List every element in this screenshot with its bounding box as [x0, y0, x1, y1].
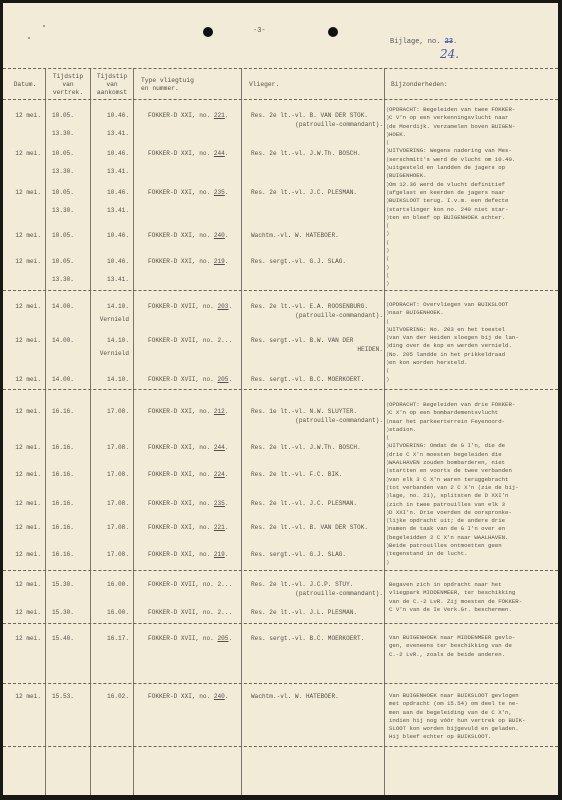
row-datum: 12 mei. [5, 376, 41, 383]
aircraft-number: 240 [214, 693, 225, 700]
row-pilot-name: Res. 2e lt.-vl. J.W.Th. BOSCH. [251, 150, 361, 157]
column-header-datum: Datum. [7, 81, 43, 89]
row-pilot-name: Res. sergt.-vl. B.C. MOERKOERT. [251, 376, 364, 383]
row-datum: 12 mei. [5, 500, 41, 507]
row-divider-line [3, 290, 558, 291]
bijlage-text: Bijlage, no. [390, 38, 440, 46]
row-vertrek-time: 13.30. [52, 207, 74, 214]
row-pilot-name: Res. 2e lt.-vl. E.A. ROOSENBURG. [251, 303, 368, 310]
row-datum: 12 mei. [5, 337, 41, 344]
row-aircraft-type: FOKKER-D XXI, no. 244. [148, 150, 228, 157]
aircraft-number: 219 [214, 551, 225, 558]
row-pilot-name: Wachtm.-vl. W. HATEBOER. [251, 693, 339, 700]
row-datum: 12 mei. [5, 189, 41, 196]
aircraft-type-text: FOKKER-D XXI, no. [148, 551, 214, 558]
page-number: -3- [253, 27, 266, 35]
row-pilot-name: Res. sergt.-vl. G.J. SLAG. [251, 551, 346, 558]
row-aankomst-time: 10.46. [91, 258, 129, 265]
aircraft-type-text: FOKKER-D XVII, no. [148, 376, 217, 383]
row-vertrek-time: 16.16. [52, 408, 74, 415]
bijlage-handwritten-number: 24. [440, 47, 459, 61]
row-aircraft-type: FOKKER-D XXI, no. 212. [148, 408, 228, 415]
row-aircraft-type: FOKKER-D XXI, no. 221. [148, 524, 228, 531]
row-remarks: OPDRACHT: Overvliegen van BUIKSLOOT naar… [389, 301, 557, 367]
aircraft-type-text: FOKKER-D XXI, no. [148, 524, 214, 531]
row-divider-line [3, 68, 558, 69]
column-divider-line [45, 68, 46, 795]
row-aankomst-time: 10.46. [91, 112, 129, 119]
row-datum: 12 mei. [5, 408, 41, 415]
remarks-bracket-margin: ( ) ( ) ( ) ( ) ( ) [386, 301, 389, 384]
row-pilot-name: Res. sergt.-vl. B.C. MOERKOERT. [251, 635, 364, 642]
aircraft-type-text: FOKKER-D XXI, no. [148, 408, 214, 415]
column-header-type: Type vliegtuig en nummer. [141, 77, 241, 93]
row-aircraft-type: FOKKER-D XXI, no. 235. [148, 500, 228, 507]
aircraft-type-text: FOKKER-D XVII, no. [148, 303, 217, 310]
row-datum: 12 mei. [5, 303, 41, 310]
row-pilot-role: (patrouille-commandant). [243, 417, 383, 424]
row-remarks: OPDRACHT: Begeleiden van twee FOKKER- C … [389, 106, 557, 222]
row-aankomst-time: 14.10. [91, 376, 129, 383]
aircraft-number: 221 [214, 112, 225, 119]
row-aircraft-type: FOKKER-D XXI, no. 219. [148, 258, 228, 265]
remarks-bracket-margin: ( ) ( ) ( ) ( ) ( ) ( ) ( ) ( ) ( ) ( ) … [386, 106, 389, 289]
row-vertrek-time: 15.30. [52, 581, 74, 588]
row-aankomst-time: Vernield [91, 316, 129, 323]
row-vertrek-time: 13.30. [52, 276, 74, 283]
punch-hole-right [328, 27, 338, 37]
aircraft-number: 244 [214, 444, 225, 451]
row-divider-line [3, 683, 558, 684]
aircraft-type-text: FOKKER-D XXI, no. [148, 693, 214, 700]
row-aankomst-time: 10.46. [91, 232, 129, 239]
row-aircraft-type: FOKKER-D XXI, no. 219. [148, 551, 228, 558]
aircraft-number: 203 [217, 303, 228, 310]
row-pilot-name: Res. 2e lt.-vl. J.L. PLESMAN. [251, 609, 357, 616]
row-remarks: Van BUIGENHOEK naar MIDDENMEER gevlo- ge… [389, 634, 557, 659]
row-pilot-name: Res. 2e lt.-vl. J.C.P. STUY. [251, 581, 353, 588]
row-aankomst-time: 16.00. [91, 609, 129, 616]
row-aankomst-time: 17.08. [91, 444, 129, 451]
aircraft-number: 221 [214, 524, 225, 531]
aircraft-type-text: FOKKER-D XXI, no. [148, 150, 214, 157]
document-page: -3- Bijlage, no. 23. 24. Datum.Tijdstip … [3, 3, 558, 795]
punch-hole-left [203, 27, 213, 37]
row-aankomst-time: 17.08. [91, 551, 129, 558]
aircraft-number: 235 [214, 189, 225, 196]
row-pilot-name: Wachtm.-vl. W. HATEBOER. [251, 232, 339, 239]
row-aankomst-time: 14.10. [91, 337, 129, 344]
row-aircraft-type: FOKKER-D XVII, no. 2... [148, 337, 232, 344]
row-datum: 12 mei. [5, 693, 41, 700]
row-aircraft-type: FOKKER-D XVII, no. 2... [148, 581, 232, 588]
row-vertrek-time: 15.40. [52, 635, 74, 642]
row-aircraft-type: FOKKER-D XXI, no. 221. [148, 112, 228, 119]
aircraft-number: 205 [217, 376, 228, 383]
row-vertrek-time: 15.53. [52, 693, 74, 700]
row-pilot-name: Res. 2e lt.-vl. J.C. PLESMAN. [251, 189, 357, 196]
row-pilot-name: Res. 2e lt.-vl. J.W.Th. BOSCH. [251, 444, 361, 451]
row-vertrek-time: 16.16. [52, 551, 74, 558]
row-pilot-name: Res. 2e lt.-vl. F.C. BIK. [251, 471, 342, 478]
row-aankomst-time: 16.00. [91, 581, 129, 588]
column-header-bijzonderheden: Bijzonderheden: [391, 81, 491, 89]
row-divider-line [3, 746, 558, 747]
aircraft-number: 205 [217, 635, 228, 642]
row-pilot-name: Res. 2e lt.-vl. B. VAN DER STOK. [251, 524, 368, 531]
row-vertrek-time: 10.05. [52, 258, 74, 265]
row-aircraft-type: FOKKER-D XVII, no. 205. [148, 376, 232, 383]
row-datum: 12 mei. [5, 471, 41, 478]
row-aankomst-time: Vernield [91, 350, 129, 357]
row-vertrek-time: 10.05. [52, 189, 74, 196]
row-aankomst-time: 10.46. [91, 189, 129, 196]
aircraft-type-text: FOKKER-D XXI, no. [148, 112, 214, 119]
row-pilot-role: (patrouille-commandant). [243, 312, 383, 319]
row-pilot-role: (patrouille-commandant). [243, 121, 383, 128]
row-aircraft-type: FOKKER-D XXI, no. 240. [148, 693, 228, 700]
aircraft-number: 244 [214, 150, 225, 157]
row-remarks: Van BUIGENHOEK naar BUIKSLOOT gevlogen m… [389, 692, 557, 742]
row-aankomst-time: 14.10. [91, 303, 129, 310]
paper-speck [43, 25, 45, 27]
row-datum: 12 mei. [5, 444, 41, 451]
row-vertrek-time: 10.05. [52, 150, 74, 157]
row-vertrek-time: 16.16. [52, 471, 74, 478]
column-divider-line [90, 68, 91, 795]
row-divider-line [3, 623, 558, 624]
row-vertrek-time: 16.16. [52, 500, 74, 507]
row-datum: 12 mei. [5, 635, 41, 642]
row-divider-line [3, 570, 558, 571]
row-vertrek-time: 16.16. [52, 444, 74, 451]
row-pilot-role: HEIDEN. [243, 346, 383, 353]
row-vertrek-time: 14.00. [52, 337, 74, 344]
aircraft-type-text: FOKKER-D XVII, no. [148, 635, 217, 642]
row-remarks: OPDRACHT: Begeleiden van drie FOKKER- C … [389, 401, 557, 559]
bijlage-struck-number: 23 [445, 38, 453, 46]
row-aankomst-time: 13.41. [91, 168, 129, 175]
column-divider-line [384, 68, 385, 795]
aircraft-type-text: FOKKER-D XVII, no. 2... [148, 609, 232, 616]
row-vertrek-time: 13.30. [52, 130, 74, 137]
aircraft-type-text: FOKKER-D XXI, no. [148, 189, 214, 196]
row-remarks: Begaven zich in opdracht naar het vliegp… [389, 581, 557, 614]
row-datum: 12 mei. [5, 551, 41, 558]
row-datum: 12 mei. [5, 581, 41, 588]
row-divider-line [3, 99, 558, 100]
row-aircraft-type: FOKKER-D XXI, no. 244. [148, 444, 228, 451]
column-divider-line [133, 68, 134, 795]
bijlage-label: Bijlage, no. 23. [390, 38, 457, 46]
aircraft-number: 224 [214, 471, 225, 478]
row-aankomst-time: 13.41. [91, 207, 129, 214]
aircraft-type-text: FOKKER-D XVII, no. 2... [148, 337, 232, 344]
row-aircraft-type: FOKKER-D XVII, no. 203. [148, 303, 232, 310]
aircraft-type-text: FOKKER-D XXI, no. [148, 471, 214, 478]
row-aankomst-time: 13.41. [91, 130, 129, 137]
column-header-vlieger: Vlieger. [249, 81, 349, 89]
row-vertrek-time: 14.00. [52, 303, 74, 310]
row-aankomst-time: 16.17. [91, 635, 129, 642]
row-aircraft-type: FOKKER-D XVII, no. 2... [148, 609, 232, 616]
row-vertrek-time: 10.05. [52, 232, 74, 239]
row-aankomst-time: 16.02. [91, 693, 129, 700]
row-aircraft-type: FOKKER-D XVII, no. 205. [148, 635, 232, 642]
column-header-vertrek: Tijdstip van vertrek. [46, 73, 90, 97]
row-pilot-name: Res. 1e lt.-vl. N.W. SLUYTER. [251, 408, 357, 415]
aircraft-type-text: FOKKER-D XXI, no. [148, 258, 214, 265]
row-aankomst-time: 10.46. [91, 150, 129, 157]
row-datum: 12 mei. [5, 112, 41, 119]
column-header-aankomst: Tijdstip van aankomst [91, 73, 133, 97]
aircraft-type-text: FOKKER-D XXI, no. [148, 500, 214, 507]
row-aircraft-type: FOKKER-D XXI, no. 235. [148, 189, 228, 196]
column-divider-line [241, 68, 242, 795]
remarks-bracket-margin: ( ) ( ) ( ) ( ) ( ) ( ) ( ) ( ) ( ) ( ) [386, 401, 389, 567]
row-vertrek-time: 10.05. [52, 112, 74, 119]
aircraft-number: 235 [214, 500, 225, 507]
row-aankomst-time: 17.08. [91, 408, 129, 415]
row-aankomst-time: 17.08. [91, 471, 129, 478]
row-aankomst-time: 17.08. [91, 524, 129, 531]
row-datum: 12 mei. [5, 524, 41, 531]
aircraft-type-text: FOKKER-D XXI, no. [148, 444, 214, 451]
row-pilot-role: (patrouille-commandant). [243, 590, 383, 597]
row-vertrek-time: 14.00. [52, 376, 74, 383]
row-vertrek-time: 13.30. [52, 168, 74, 175]
aircraft-number: 212 [214, 408, 225, 415]
paper-speck [28, 37, 30, 39]
row-aircraft-type: FOKKER-D XXI, no. 240. [148, 232, 228, 239]
row-aankomst-time: 17.08. [91, 500, 129, 507]
aircraft-type-text: FOKKER-D XVII, no. 2... [148, 581, 232, 588]
row-datum: 12 mei. [5, 232, 41, 239]
aircraft-number: 240 [214, 232, 225, 239]
row-aankomst-time: 13.41. [91, 276, 129, 283]
row-aircraft-type: FOKKER-D XXI, no. 224. [148, 471, 228, 478]
aircraft-number: 219 [214, 258, 225, 265]
row-datum: 12 mei. [5, 609, 41, 616]
row-pilot-name: Res. 2e lt.-vl. B. VAN DER STOK. [251, 112, 368, 119]
row-datum: 12 mei. [5, 150, 41, 157]
row-pilot-name: Res. 2e lt.-vl. J.C. PLESMAN. [251, 500, 357, 507]
row-pilot-name: Res. sergt.-vl. G.J. SLAG. [251, 258, 346, 265]
row-pilot-name: Res. sergt.-vl. B.W. VAN DER [251, 337, 353, 344]
row-vertrek-time: 16.16. [52, 524, 74, 531]
aircraft-type-text: FOKKER-D XXI, no. [148, 232, 214, 239]
row-datum: 12 mei. [5, 258, 41, 265]
row-vertrek-time: 15.30. [52, 609, 74, 616]
row-divider-line [3, 389, 558, 390]
